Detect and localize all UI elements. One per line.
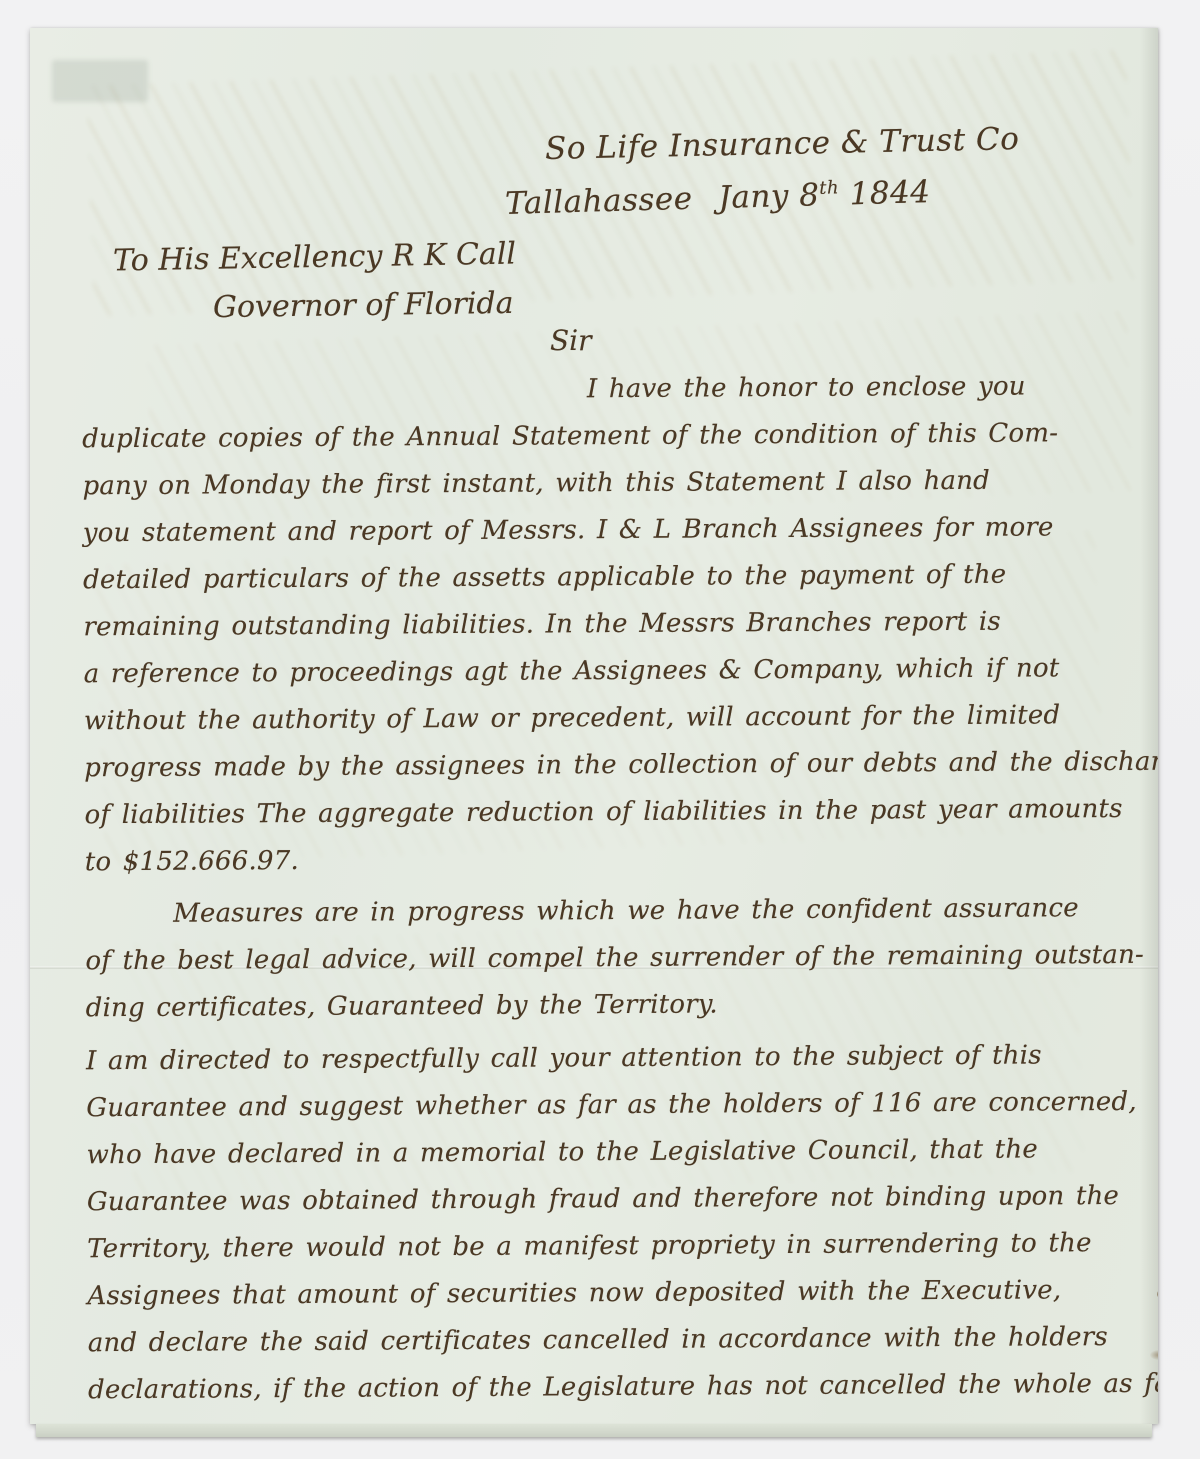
- body-line: without the authority of Law or preceden…: [84, 692, 1158, 746]
- paragraph-3: I am directed to respectfully call your …: [86, 1032, 1158, 1415]
- paragraph-2: Measures are in progress which we have t…: [85, 885, 1158, 1033]
- body-line: you statement and report of Messrs. I & …: [83, 504, 1157, 558]
- stamp-ghost-mark: [52, 60, 148, 102]
- recipient-line-1: To His Excellency R K Call: [113, 236, 517, 278]
- body-line: declarations, if the action of the Legis…: [88, 1361, 1158, 1415]
- letter-body: I have the honor to enclose you duplicat…: [82, 363, 1158, 1415]
- salutation: Sir: [550, 324, 592, 357]
- body-line: ding certificates, Guaranteed by the Ter…: [86, 979, 1158, 1033]
- body-line: Guarantee was obtained through fraud and…: [87, 1173, 1158, 1227]
- body-line: a reference to proceedings agt the Assig…: [84, 645, 1158, 699]
- body-line: Guarantee and suggest whether as far as …: [86, 1079, 1158, 1133]
- body-line: progress made by the assignees in the co…: [84, 739, 1158, 793]
- letterhead-place: Tallahassee: [505, 181, 693, 222]
- body-line: who have declared in a memorial to the L…: [86, 1126, 1158, 1180]
- body-line: detailed particulars of the assetts appl…: [83, 551, 1157, 605]
- body-line: pany on Monday the first instant, with t…: [82, 457, 1156, 511]
- scan-background: So Life Insurance & Trust Co Tallahassee…: [0, 0, 1200, 1459]
- body-line: Territory, there would not be a manifest…: [87, 1220, 1158, 1274]
- body-line: Assignees that amount of securities now …: [87, 1267, 1158, 1321]
- letterhead-date-ordinal: th: [819, 177, 839, 199]
- body-line: remaining outstanding liabilities. In th…: [83, 598, 1157, 652]
- body-line: to $152.666.97.: [85, 833, 1158, 887]
- spacer: [693, 208, 719, 209]
- letterhead-date-year: 1844: [849, 174, 931, 212]
- body-line: of the best legal advice, will compel th…: [85, 932, 1158, 986]
- body-line: duplicate copies of the Annual Statement…: [82, 410, 1156, 464]
- body-line: and declare the said certificates cancel…: [88, 1314, 1158, 1368]
- recipient-line-2: Governor of Florida: [213, 286, 514, 325]
- body-line: of liabilities The aggregate reduction o…: [84, 786, 1158, 840]
- letterhead-date-day: Jany 8: [718, 177, 820, 216]
- body-line: Measures are in progress which we have t…: [173, 885, 1158, 938]
- letter-paper: So Life Insurance & Trust Co Tallahassee…: [30, 28, 1158, 1424]
- body-line: I have the honor to enclose you: [587, 363, 1156, 413]
- second-page-edge: [36, 1424, 1152, 1437]
- body-line: I am directed to respectfully call your …: [86, 1032, 1158, 1086]
- paragraph-1: I have the honor to enclose you duplicat…: [82, 363, 1158, 887]
